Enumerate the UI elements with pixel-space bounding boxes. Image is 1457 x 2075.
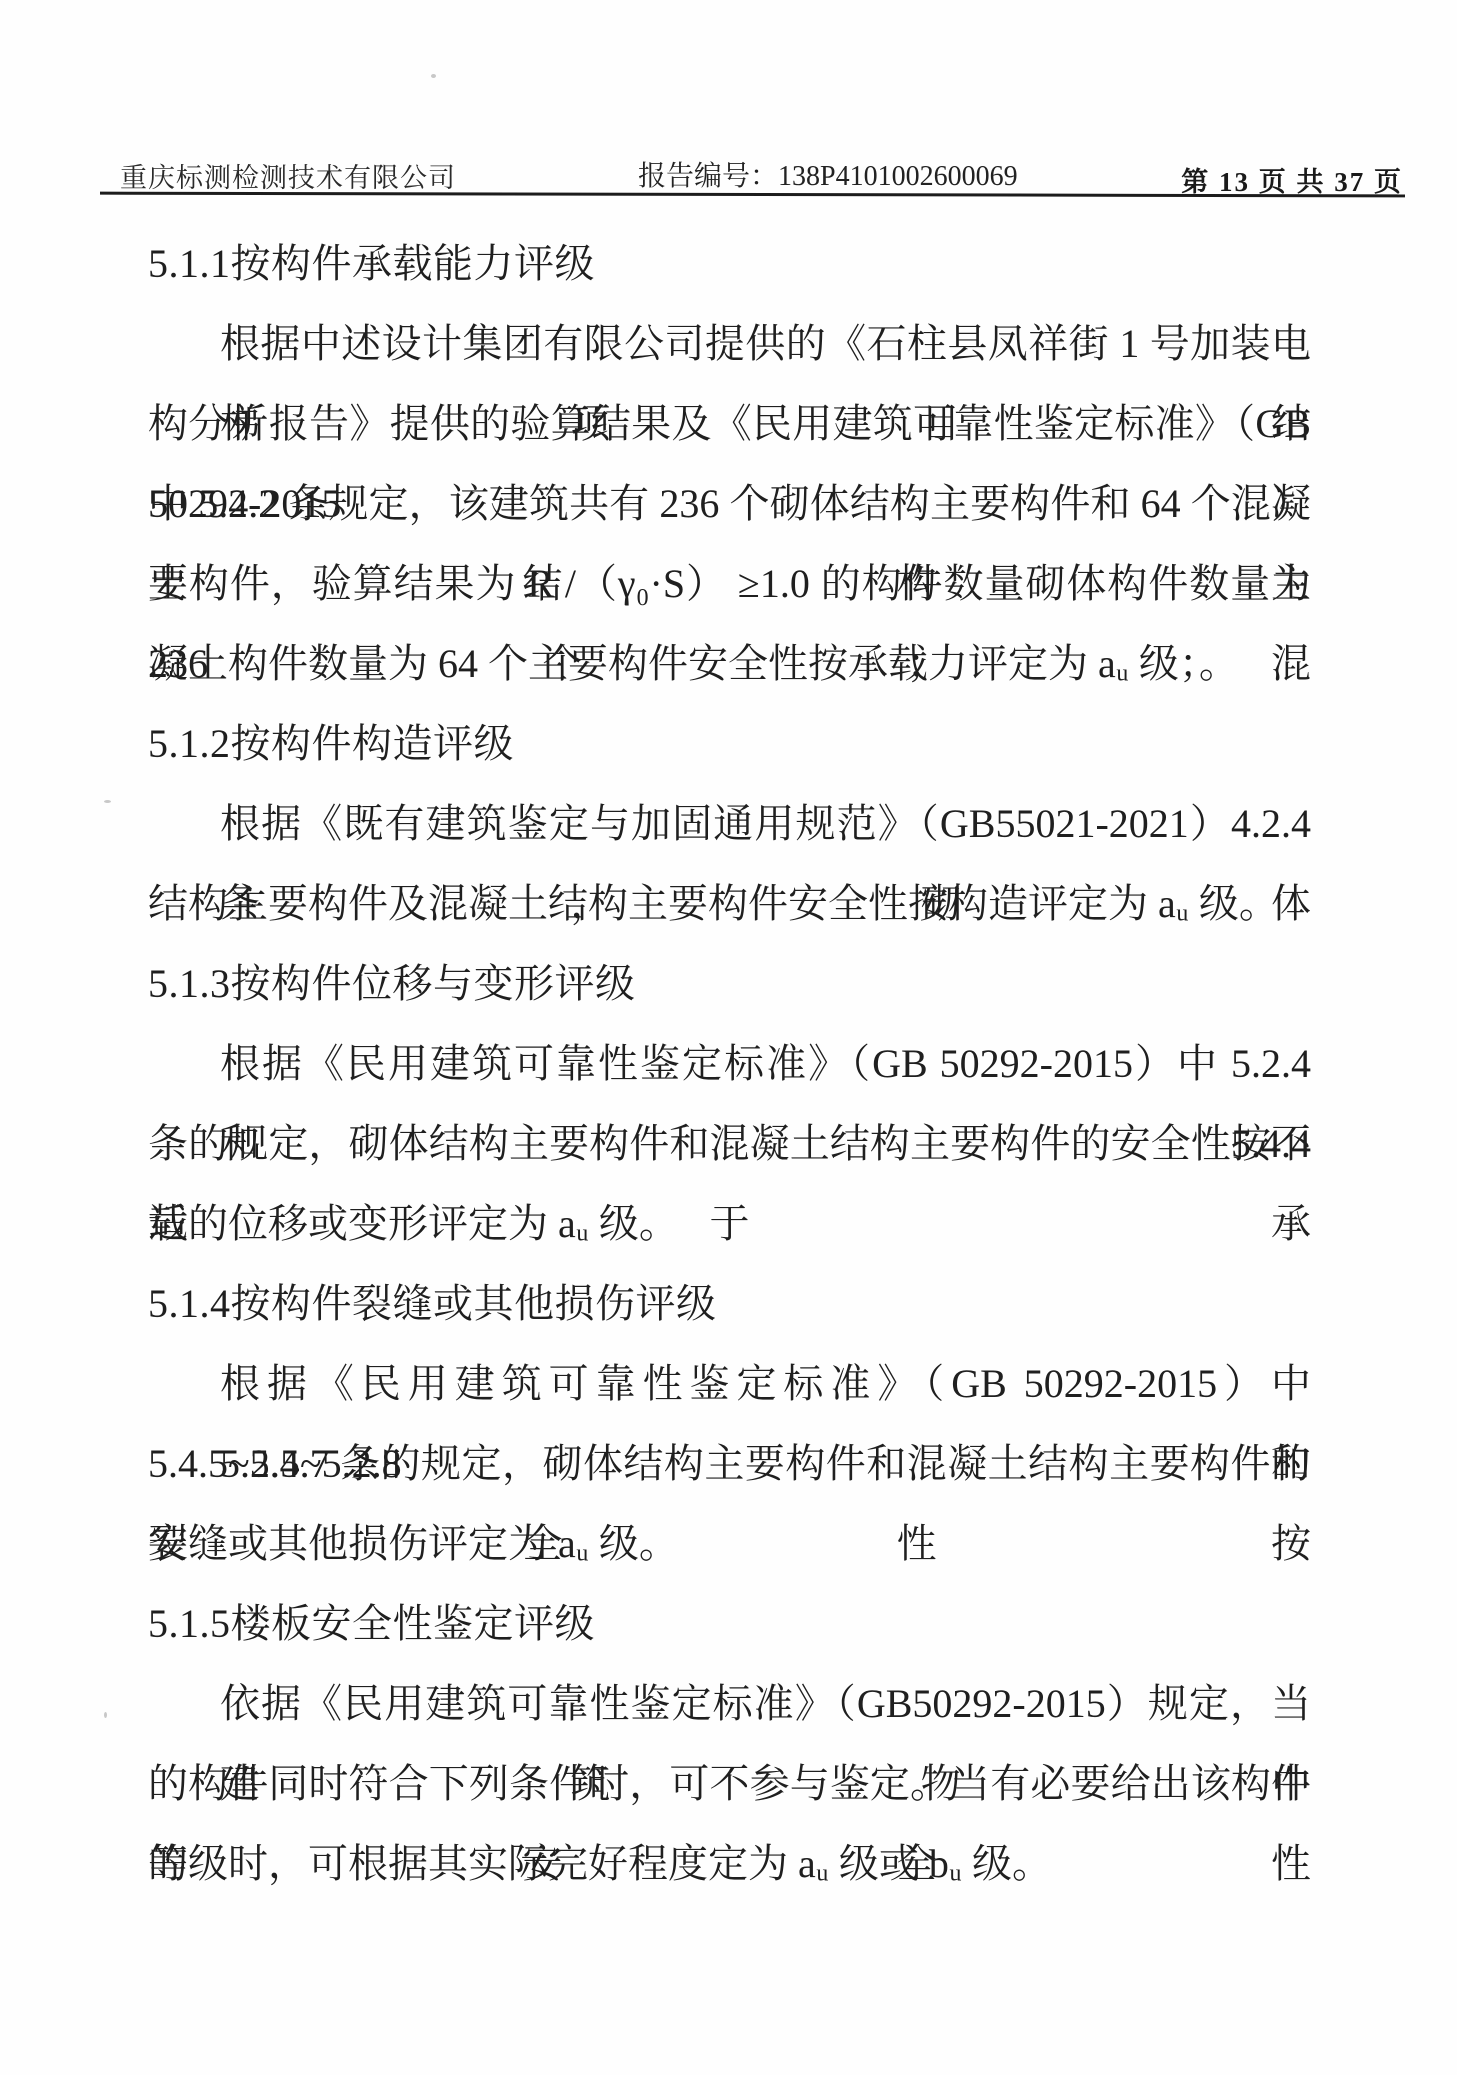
paragraph-line: 的构件同时符合下列条件时，可不参与鉴定。当有必要给出该构件的安全性 bbox=[148, 1744, 1311, 1824]
paragraph-line: 根据《民用建筑可靠性鉴定标准》（GB 50292-2015）中 5.2.5~5.… bbox=[148, 1344, 1311, 1424]
heading-5-1-2: 5.1.2按构件构造评级 bbox=[148, 704, 1311, 784]
heading-5-1-5: 5.1.5楼板安全性鉴定评级 bbox=[148, 1584, 1311, 1664]
company-name: 重庆标测检测技术有限公司 bbox=[120, 156, 456, 195]
scan-artifact bbox=[431, 74, 436, 78]
paragraph-line: 条的规定，砌体结构主要构件和混凝土结构主要构件的安全性按不适于承 bbox=[148, 1104, 1311, 1184]
paragraph-line: 根据中述设计集团有限公司提供的《石柱县凤祥街 1 号加装电梯项目结 bbox=[148, 304, 1311, 384]
paragraph-line: 要构件，验算结果为 R /（γ₀·S） ≥1.0 的构件数量砌体构件数量为 23… bbox=[148, 544, 1311, 624]
paragraph-line: 凝土构件数量为 64 个主要构件安全性按承载力评定为 aᵤ 级；。 bbox=[148, 624, 1311, 704]
paragraph-line: 根据《既有建筑鉴定与加固通用规范》（GB55021-2021）4.2.4 条，砌… bbox=[148, 784, 1311, 864]
paragraph-line: 依据《民用建筑可靠性鉴定标准》（GB50292-2015）规定，当建筑物中 bbox=[148, 1664, 1311, 1744]
paragraph-line: 中 5.4.2 条规定，该建筑共有 236 个砌体结构主要构件和 64 个混凝土… bbox=[148, 464, 1311, 544]
paragraph-line: 构分析报告》提供的验算结果及《民用建筑可靠性鉴定标准》（GB 50292-201… bbox=[148, 384, 1311, 464]
scan-artifact bbox=[104, 1712, 107, 1718]
page-header: 重庆标测检测技术有限公司 报告编号：138P4101002600069 第 13… bbox=[118, 150, 1403, 192]
paragraph-line: 5.4.5~5.4.7 条的规定，砌体结构主要构件和混凝土结构主要构件的安全性按 bbox=[148, 1424, 1311, 1504]
paragraph-line: 根据《民用建筑可靠性鉴定标准》（GB 50292-2015）中 5.2.4 和 … bbox=[148, 1024, 1311, 1104]
scan-artifact bbox=[104, 800, 111, 803]
heading-5-1-1: 5.1.1按构件承载能力评级 bbox=[148, 224, 1311, 304]
heading-5-1-3: 5.1.3按构件位移与变形评级 bbox=[148, 944, 1311, 1024]
report-number: 报告编号：138P4101002600069 bbox=[638, 154, 1018, 194]
heading-5-1-4: 5.1.4按构件裂缝或其他损伤评级 bbox=[148, 1264, 1311, 1344]
report-page: 重庆标测检测技术有限公司 报告编号：138P4101002600069 第 13… bbox=[0, 0, 1457, 2075]
document-body: 5.1.1按构件承载能力评级 根据中述设计集团有限公司提供的《石柱县凤祥街 1 … bbox=[148, 224, 1311, 1904]
paragraph-line: 结构主要构件及混凝土结构主要构件安全性按构造评定为 aᵤ 级。 bbox=[148, 864, 1311, 944]
